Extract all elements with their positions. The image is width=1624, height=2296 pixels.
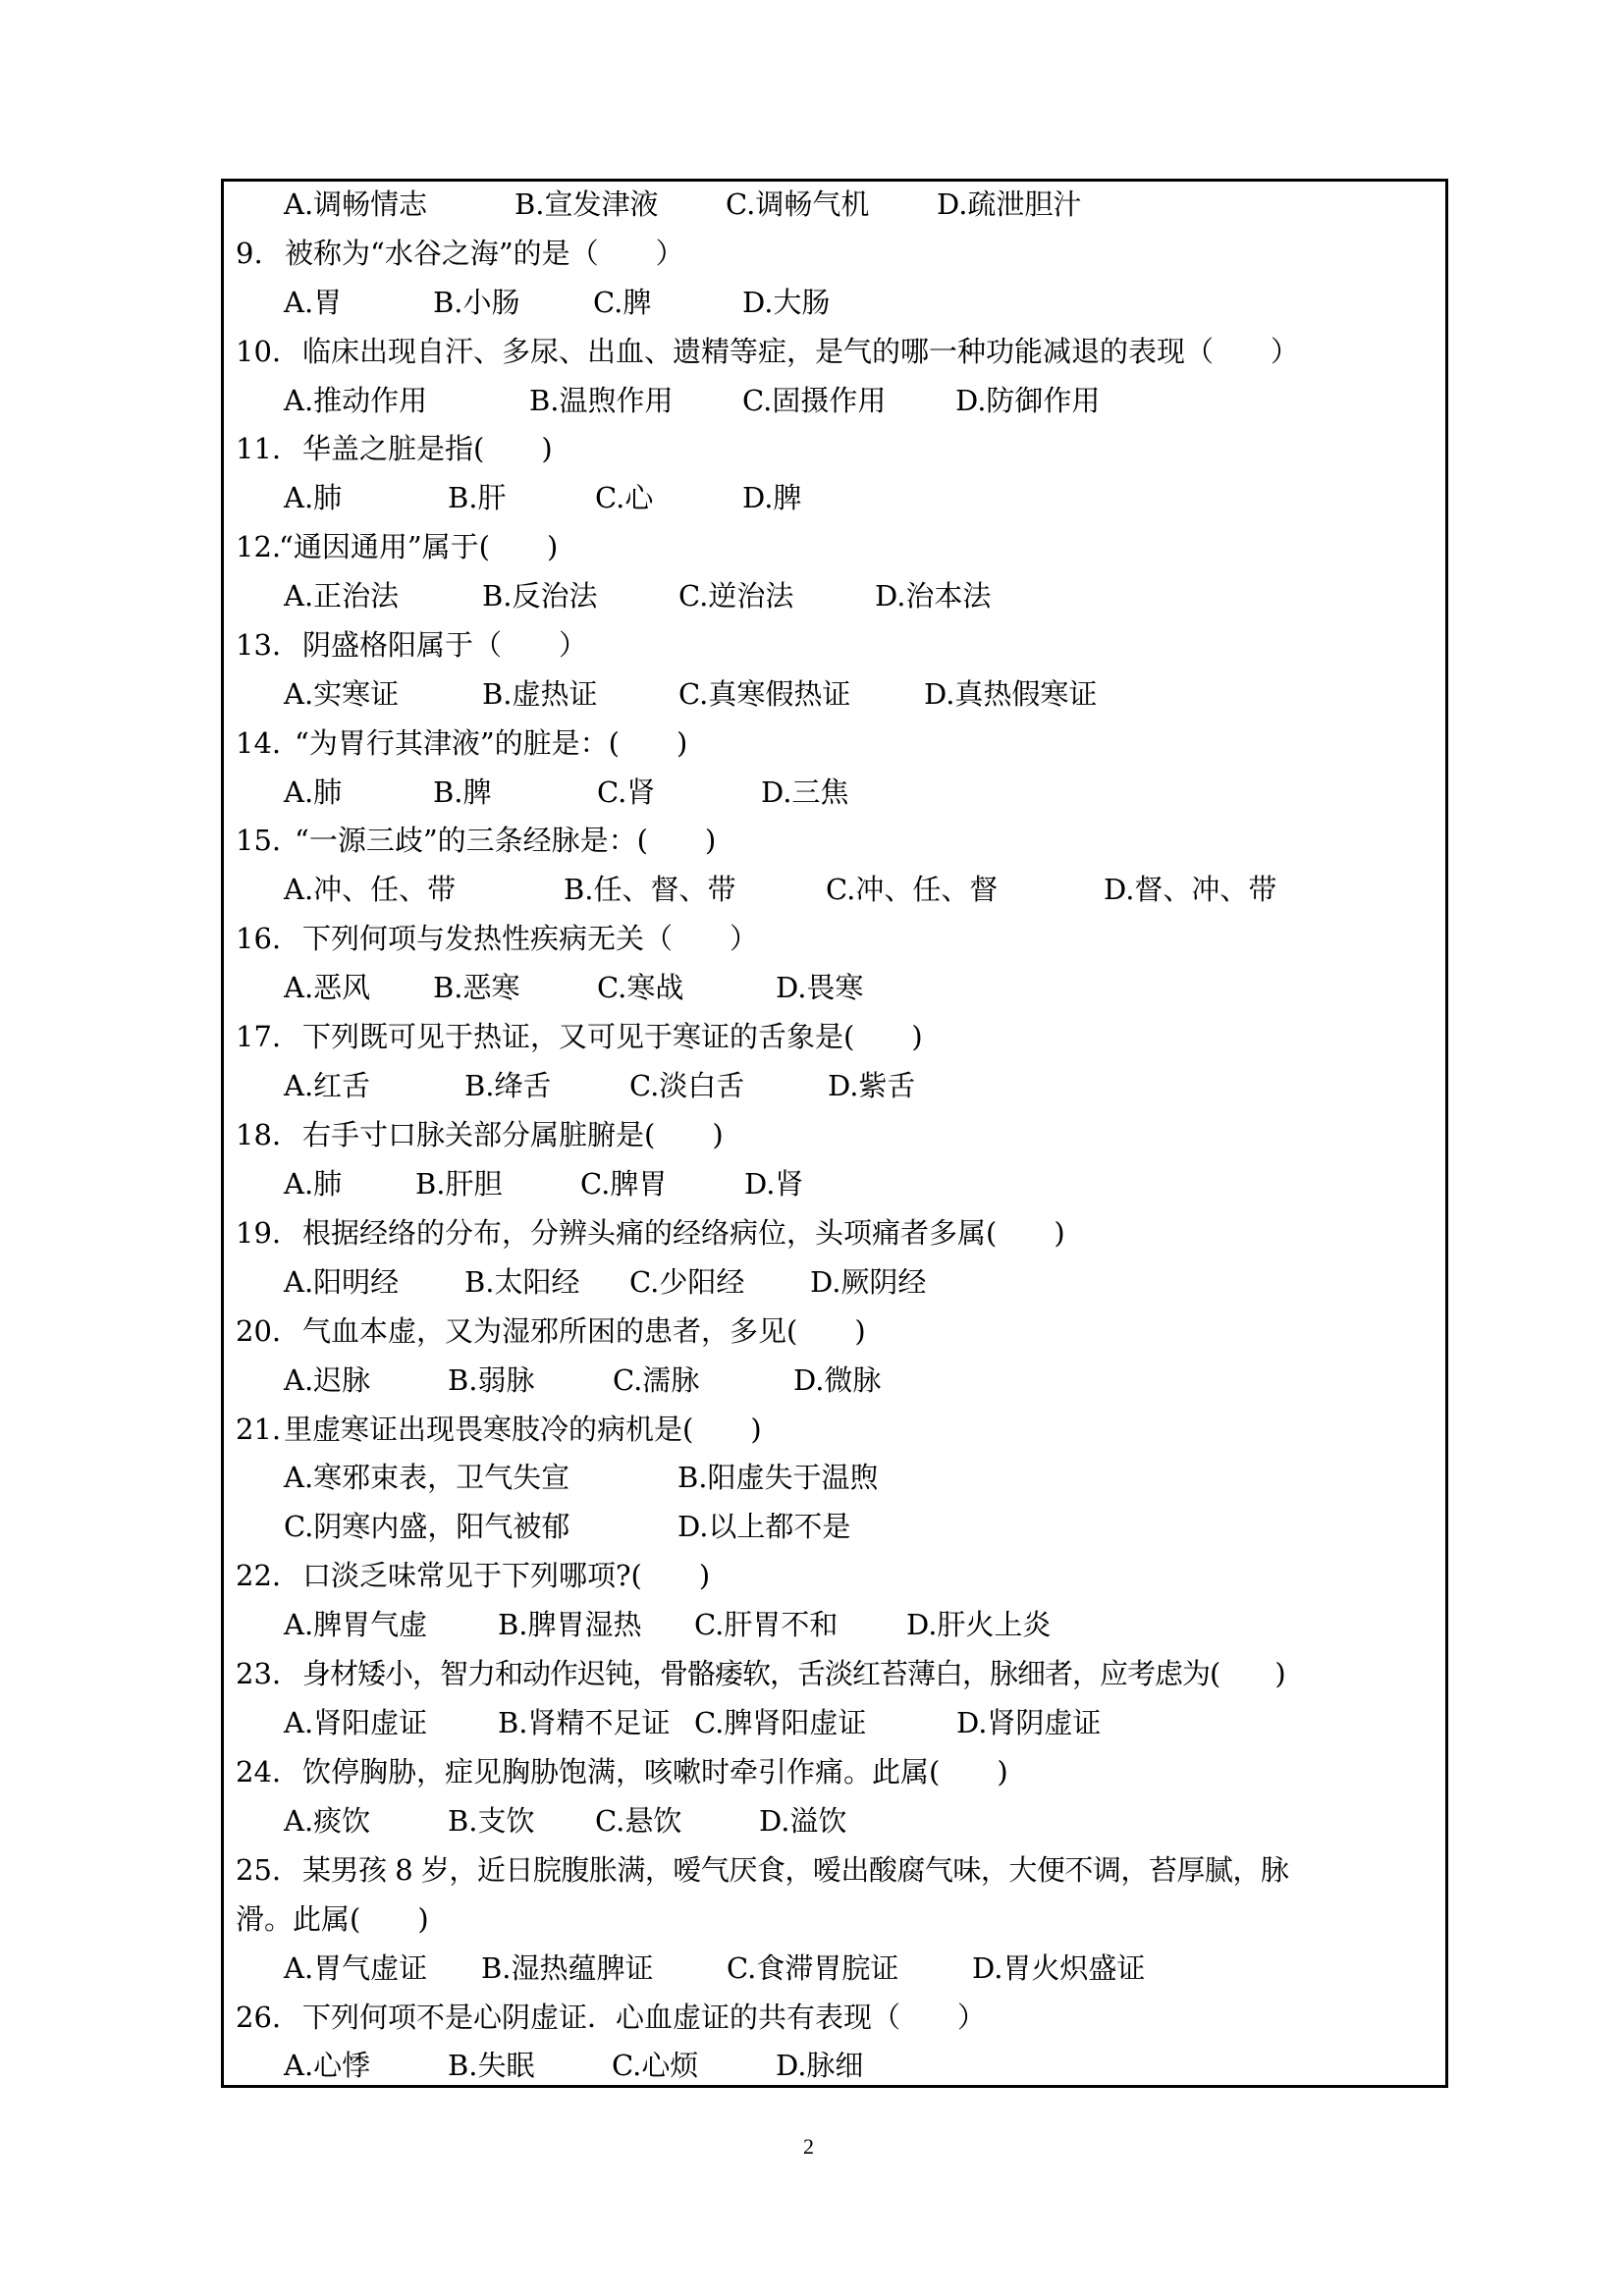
option: A.正治法 [284,571,399,620]
question-row: 13. 阴盛格阳属于（ ） [0,620,1624,669]
question-text: “一源三歧”的三条经脉是：( ) [295,816,716,865]
question-row: 25. 某男孩 8 岁，近日脘腹胀满，嗳气厌食，嗳出酸腐气味，大便不调，苔厚腻，… [0,1845,1624,1895]
option: A.心悸 [284,2041,370,2090]
option: D.肾阴虚证 [956,1698,1101,1747]
option: D.微脉 [793,1356,881,1405]
option: C.固摄作用 [742,376,886,425]
option: B.脾 [433,768,492,817]
options-row: A.迟脉 B.弱脉 C.濡脉 D.微脉 [0,1356,1624,1405]
question-row: 18. 右手寸口脉关部分属脏腑是( ) [0,1110,1624,1159]
option: A.红舌 [284,1061,370,1110]
question-text: 里虚寒证出现畏寒肢冷的病机是( ) [284,1405,762,1454]
option: C.阴寒内盛，阳气被郁 [284,1502,569,1551]
option: C.少阳经 [629,1257,744,1307]
question-text: 右手寸口脉关部分属脏腑是( ) [302,1110,724,1159]
options-row: A.推动作用 B.温煦作用 C.固摄作用 D.防御作用 [0,376,1624,425]
question-number: 11. [236,424,281,473]
option: D.肾 [744,1159,803,1208]
options-row: A.冲、任、带 B.任、督、带 C.冲、任、督 D.督、冲、带 [0,865,1624,914]
question-row: 19. 根据经络的分布，分辨头痛的经络病位，头项痛者多属( ) [0,1208,1624,1257]
question-text: 华盖之脏是指( ) [302,424,553,473]
option: D.疏泄胆汁 [937,180,1081,229]
option: D.以上都不是 [677,1502,850,1551]
question-number: 21. [236,1405,281,1454]
option: C.冲、任、督 [826,865,998,914]
question-number: 10. [236,327,281,376]
option: D.脉细 [776,2041,863,2090]
option: A.脾胃气虚 [284,1600,427,1649]
option: D.厥阴经 [810,1257,926,1307]
option: B.肝 [448,473,507,522]
question-number: 15. [236,816,281,865]
question-text: 某男孩 8 岁，近日脘腹胀满，嗳气厌食，嗳出酸腐气味，大便不调，苔厚腻，脉 [302,1845,1288,1895]
question-text: 根据经络的分布，分辨头痛的经络病位，头项痛者多属( ) [302,1208,1065,1257]
options-row: A.寒邪束表，卫气失宣 B.阳虚失于温煦 [0,1453,1624,1502]
option: B.支饮 [448,1796,535,1845]
question-number: 9. [236,229,263,278]
options-row: A.肺 B.肝胆 C.脾胃 D.肾 [0,1159,1624,1208]
option: A.迟脉 [284,1356,370,1405]
question-number: 16. [236,914,281,963]
options-row: A.阳明经 B.太阳经 C.少阳经 D.厥阴经 [0,1257,1624,1307]
option: B.失眠 [448,2041,535,2090]
option: B.反治法 [482,571,598,620]
question-number: 24. [236,1747,281,1796]
option: B.虚热证 [482,669,598,719]
option: C.真寒假热证 [678,669,850,719]
question-row: 11. 华盖之脏是指( ) [0,424,1624,473]
options-row: A.恶风 B.恶寒 C.寒战 D.畏寒 [0,963,1624,1012]
option: C.调畅气机 [726,180,869,229]
question-row: 22. 口淡乏味常见于下列哪项?( ) [0,1551,1624,1600]
option: C.淡白舌 [629,1061,744,1110]
question-number: 26. [236,1993,281,2042]
question-row: 23. 身材矮小，智力和动作迟钝，骨骼痿软，舌淡红苔薄白，脉细者，应考虑为( ) [0,1649,1624,1698]
options-row: A.胃 B.小肠 C.脾 D.大肠 [0,278,1624,327]
option: B.阳虚失于温煦 [677,1453,879,1502]
options-row: A.痰饮 B.支饮 C.悬饮 D.溢饮 [0,1796,1624,1845]
option: B.绛舌 [464,1061,552,1110]
option: A.调畅情志 [284,180,427,229]
question-row: 17. 下列既可见于热证，又可见于寒证的舌象是( ) [0,1012,1624,1061]
question-text: “通因通用”属于( ) [279,522,558,571]
option: A.胃 [284,278,342,327]
option: D.督、冲、带 [1104,865,1276,914]
option: C.心烦 [612,2041,698,2090]
question-number: 20. [236,1307,281,1356]
option: B.温煦作用 [529,376,674,425]
question-row: 16. 下列何项与发热性疾病无关（ ） [0,914,1624,963]
question-text: 临床出现自汗、多尿、出血、遗精等症，是气的哪一种功能减退的表现（ ） [302,327,1299,376]
option: B.湿热蕴脾证 [481,1944,654,1993]
option: D.真热假寒证 [924,669,1097,719]
option: C.心 [595,473,653,522]
option: A.肺 [284,473,342,522]
option: C.脾 [593,278,651,327]
option: B.太阳经 [464,1257,580,1307]
question-number: 23. [236,1649,281,1698]
question-row: 12. “通因通用”属于( ) [0,522,1624,571]
question-row: 20. 气血本虚，又为湿邪所困的患者，多见( ) [0,1307,1624,1356]
options-row: A.调畅情志 B.宣发津液 C.调畅气机 D.疏泄胆汁 [0,180,1624,229]
option: C.寒战 [597,963,683,1012]
option: C.食滞胃脘证 [727,1944,898,1993]
option: D.溢饮 [759,1796,846,1845]
option: D.肝火上炎 [906,1600,1051,1649]
question-number: 19. [236,1208,281,1257]
question-number: 25. [236,1845,281,1895]
question-text: 被称为“水谷之海”的是（ ） [285,229,684,278]
question-number: 14. [236,719,281,768]
option: A.痰饮 [284,1796,370,1845]
option: D.脾 [742,473,801,522]
option: A.阳明经 [284,1257,399,1307]
question-row: 26. 下列何项不是心阴虚证．心血虚证的共有表现（ ） [0,1993,1624,2042]
options-row: A.肺 B.肝 C.心 D.脾 [0,473,1624,522]
question-text: 阴盛格阳属于（ ） [302,620,587,669]
question-text: 下列既可见于热证，又可见于寒证的舌象是( ) [302,1012,923,1061]
options-row: A.正治法 B.反治法 C.逆治法 D.治本法 [0,571,1624,620]
option: C.濡脉 [613,1356,699,1405]
question-text: 口淡乏味常见于下列哪项?( ) [302,1551,710,1600]
option: D.治本法 [875,571,991,620]
options-row: A.肾阳虚证 B.肾精不足证 C.脾肾阳虚证 D.肾阴虚证 [0,1698,1624,1747]
option: B.肝胆 [415,1159,503,1208]
option: D.三焦 [761,768,848,817]
question-number: 22. [236,1551,281,1600]
option: C.脾胃 [580,1159,667,1208]
options-row: A.肺 B.脾 C.肾 D.三焦 [0,768,1624,817]
question-number: 12. [236,522,281,571]
option: D.紫舌 [828,1061,915,1110]
question-row: 21. 里虚寒证出现畏寒肢冷的病机是( ) [0,1405,1624,1454]
option: A.寒邪束表，卫气失宣 [284,1453,569,1502]
option: A.实寒证 [284,669,399,719]
options-row: C.阴寒内盛，阳气被郁 D.以上都不是 [0,1502,1624,1551]
options-row: A.胃气虚证 B.湿热蕴脾证 C.食滞胃脘证 D.胃火炽盛证 [0,1944,1624,1993]
page-number: 2 [803,2134,814,2160]
question-text: 身材矮小，智力和动作迟钝，骨骼痿软，舌淡红苔薄白，脉细者，应考虑为( ) [302,1649,1285,1698]
option: C.逆治法 [678,571,793,620]
question-number: 13. [236,620,281,669]
question-text: 气血本虚，又为湿邪所困的患者，多见( ) [302,1307,866,1356]
option: D.防御作用 [955,376,1100,425]
question-row: 10. 临床出现自汗、多尿、出血、遗精等症，是气的哪一种功能减退的表现（ ） [0,327,1624,376]
option: A.推动作用 [284,376,427,425]
question-text: 下列何项不是心阴虚证．心血虚证的共有表现（ ） [302,1993,986,2042]
option: D.大肠 [742,278,830,327]
option: A.肾阳虚证 [284,1698,427,1747]
question-text: 下列何项与发热性疾病无关（ ） [302,914,758,963]
question-text: 饮停胸胁，症见胸胁饱满，咳嗽时牵引作痛。此属( ) [302,1747,1008,1796]
option: C.脾肾阳虚证 [694,1698,866,1747]
question-text: “为胃行其津液”的脏是：( ) [295,719,687,768]
option: A.恶风 [284,963,370,1012]
option: B.弱脉 [448,1356,535,1405]
option: D.胃火炽盛证 [972,1944,1145,1993]
option: C.肾 [597,768,655,817]
options-row: A.心悸 B.失眠 C.心烦 D.脉细 [0,2041,1624,2090]
option: A.肺 [284,768,342,817]
question-row: 14. “为胃行其津液”的脏是：( ) [0,719,1624,768]
option: A.胃气虚证 [284,1944,427,1993]
options-row: A.脾胃气虚 B.脾胃湿热 C.肝胃不和 D.肝火上炎 [0,1600,1624,1649]
options-row: A.红舌 B.绛舌 C.淡白舌 D.紫舌 [0,1061,1624,1110]
option: C.肝胃不和 [694,1600,838,1649]
option: B.小肠 [433,278,520,327]
question-row: 15. “一源三歧”的三条经脉是：( ) [0,816,1624,865]
option: B.脾胃湿热 [498,1600,642,1649]
question-number: 17. [236,1012,281,1061]
question-row-continued: 滑。此属( ) [0,1895,1624,1944]
question-number: 18. [236,1110,281,1159]
options-row: A.实寒证 B.虚热证 C.真寒假热证 D.真热假寒证 [0,669,1624,719]
question-row: 9. 被称为“水谷之海”的是（ ） [0,229,1624,278]
option: A.冲、任、带 [284,865,456,914]
option: B.肾精不足证 [498,1698,671,1747]
option: B.恶寒 [433,963,520,1012]
option: A.肺 [284,1159,342,1208]
option: D.畏寒 [776,963,863,1012]
option: B.任、督、带 [564,865,736,914]
option: C.悬饮 [595,1796,681,1845]
question-text-continued: 滑。此属( ) [236,1895,429,1944]
question-row: 24. 饮停胸胁，症见胸胁饱满，咳嗽时牵引作痛。此属( ) [0,1747,1624,1796]
option: B.宣发津液 [514,180,659,229]
